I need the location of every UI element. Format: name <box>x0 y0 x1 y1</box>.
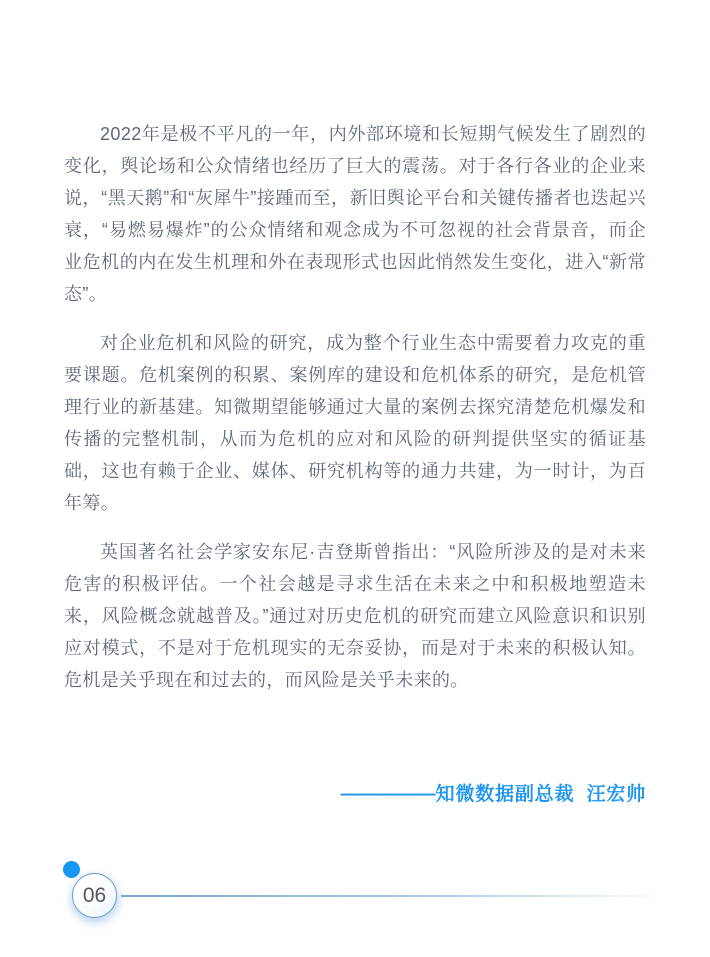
signature-title: 知微数据副总裁 <box>436 784 575 805</box>
page-number-badge: 06 <box>72 873 117 918</box>
page-body-text: 2022年是极不平凡的一年，内外部环境和长短期气候发生了剧烈的变化，舆论场和公众… <box>0 0 710 809</box>
paragraph-crisis-research: 对企业危机和风险的研究，成为整个行业生态中需要着力攻克的重要课题。危机案例的积累… <box>64 327 646 519</box>
paragraph-intro-2022: 2022年是极不平凡的一年，内外部环境和长短期气候发生了剧烈的变化，舆论场和公众… <box>64 118 646 310</box>
signature-name: 汪宏帅 <box>587 784 646 805</box>
page-number-dot-icon <box>63 861 80 878</box>
signature-dashes: ————— <box>341 784 436 805</box>
document-page: 2022年是极不平凡的一年，内外部环境和长短期气候发生了剧烈的变化，舆论场和公众… <box>0 0 710 957</box>
signature-line: —————知微数据副总裁汪宏帅 <box>64 781 646 809</box>
footer-divider-line <box>121 895 678 897</box>
page-number: 06 <box>83 884 106 908</box>
paragraph-giddens-quote: 英国著名社会学家安东尼·吉登斯曾指出：“风险所涉及的是对未来危害的积极评估。一个… <box>64 536 646 696</box>
